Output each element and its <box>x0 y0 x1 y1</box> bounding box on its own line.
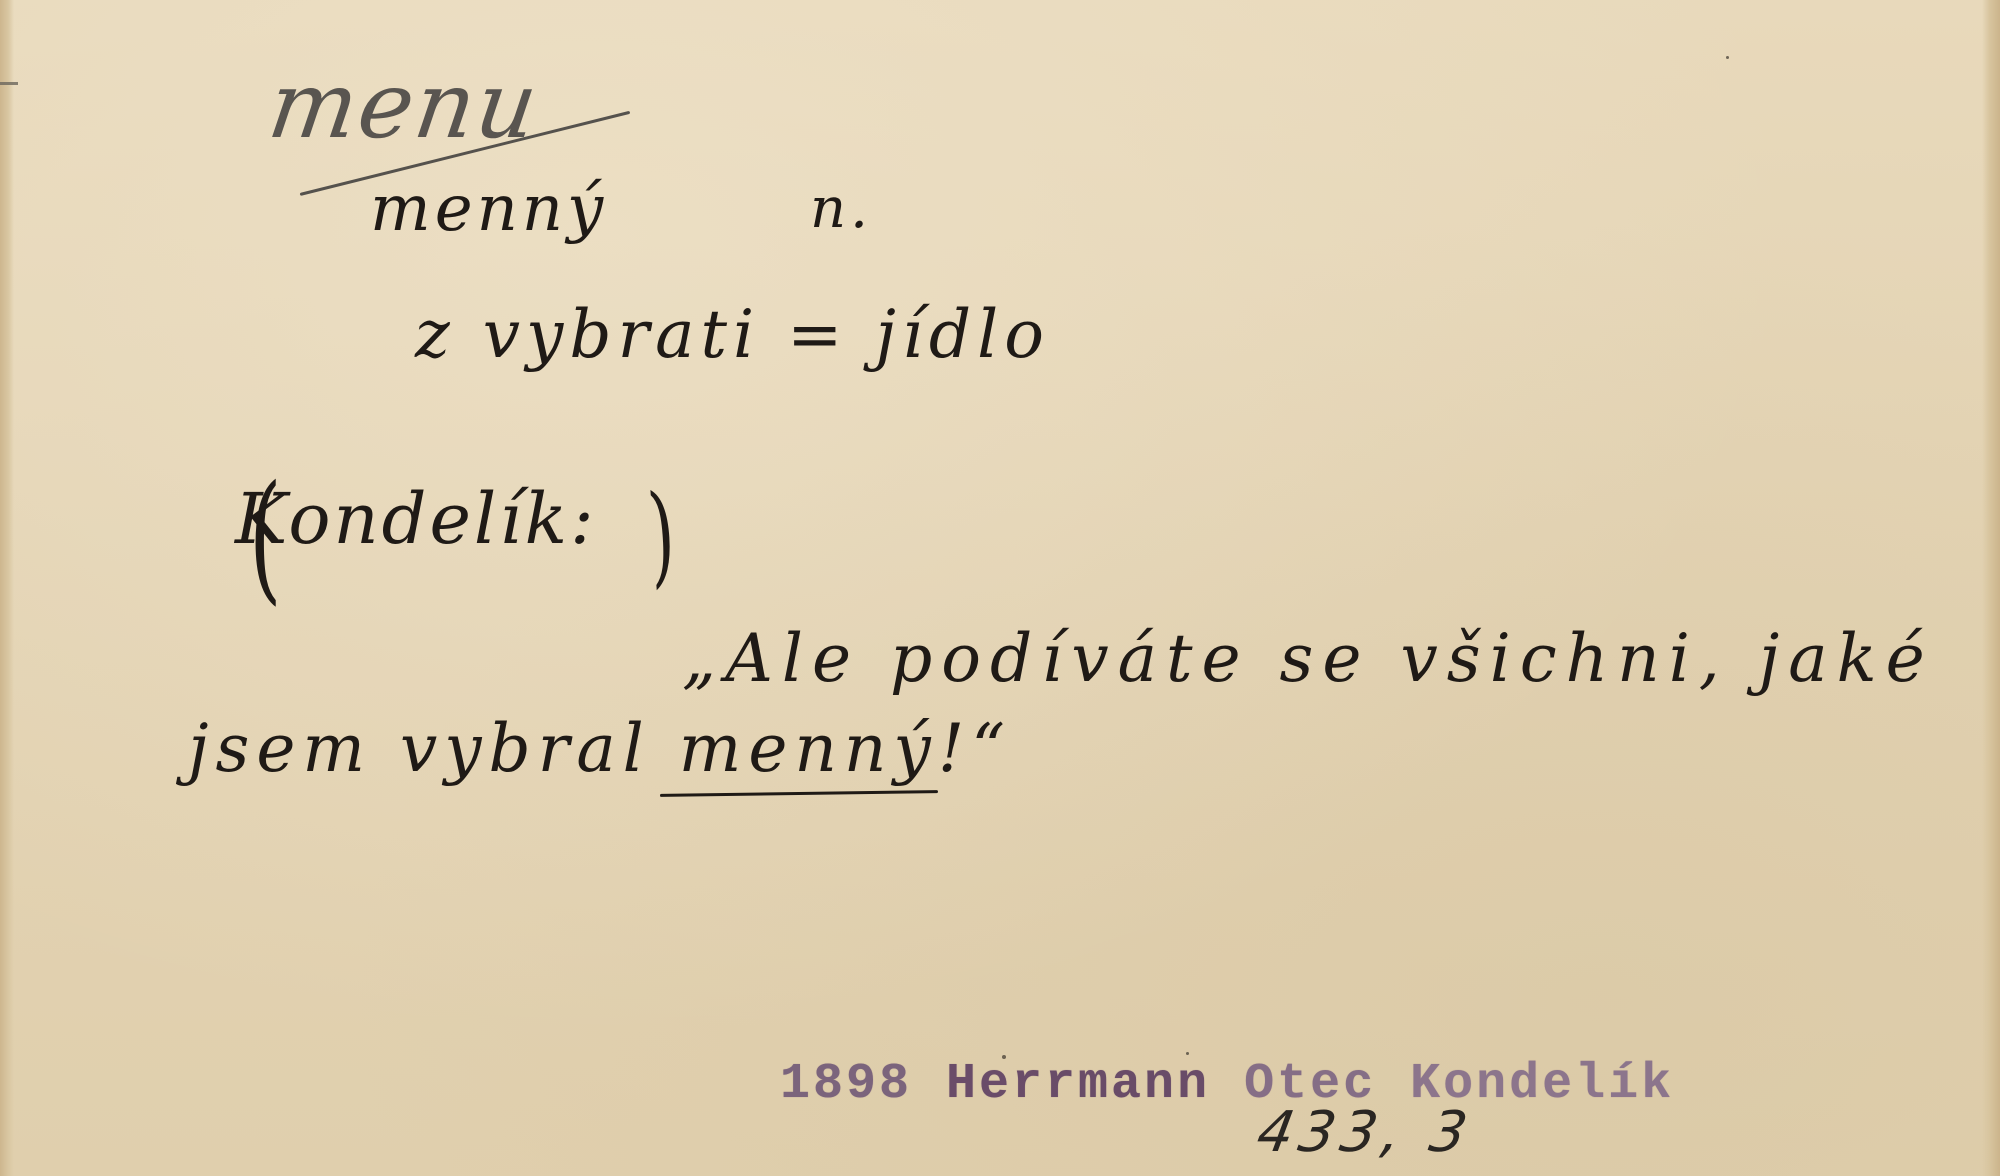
card-edge-mark <box>0 82 18 85</box>
source-stamp: 1898HerrmannOtecKondelík <box>780 1056 1708 1113</box>
entry-definition: z vybrati = jídlo <box>415 296 1050 373</box>
quote-word-underline <box>660 790 938 797</box>
citation-quote-line-1: „Ale podíváte se všichni, jaké <box>682 620 1934 697</box>
card-right-edge <box>1982 0 2000 1176</box>
entry-gender: n. <box>810 176 872 241</box>
source-page-reference: 433, 3 <box>1252 1100 1478 1165</box>
source-author: Herrmann <box>946 1056 1210 1113</box>
source-year: 1898 <box>780 1056 912 1113</box>
speaker-paren-close: ) <box>645 468 679 600</box>
citation-quote-line-2: jsem vybral menný!“ <box>188 710 1012 787</box>
citation-speaker: Kondelík: <box>235 478 597 560</box>
entry-form: menný <box>370 172 607 246</box>
paper-speck <box>1726 56 1729 59</box>
paper-speck <box>1002 1055 1006 1059</box>
paper-speck <box>1186 1052 1189 1055</box>
index-card: menu menný n. z vybrati = jídlo ( Kondel… <box>0 0 2000 1176</box>
card-left-edge <box>0 0 14 1176</box>
